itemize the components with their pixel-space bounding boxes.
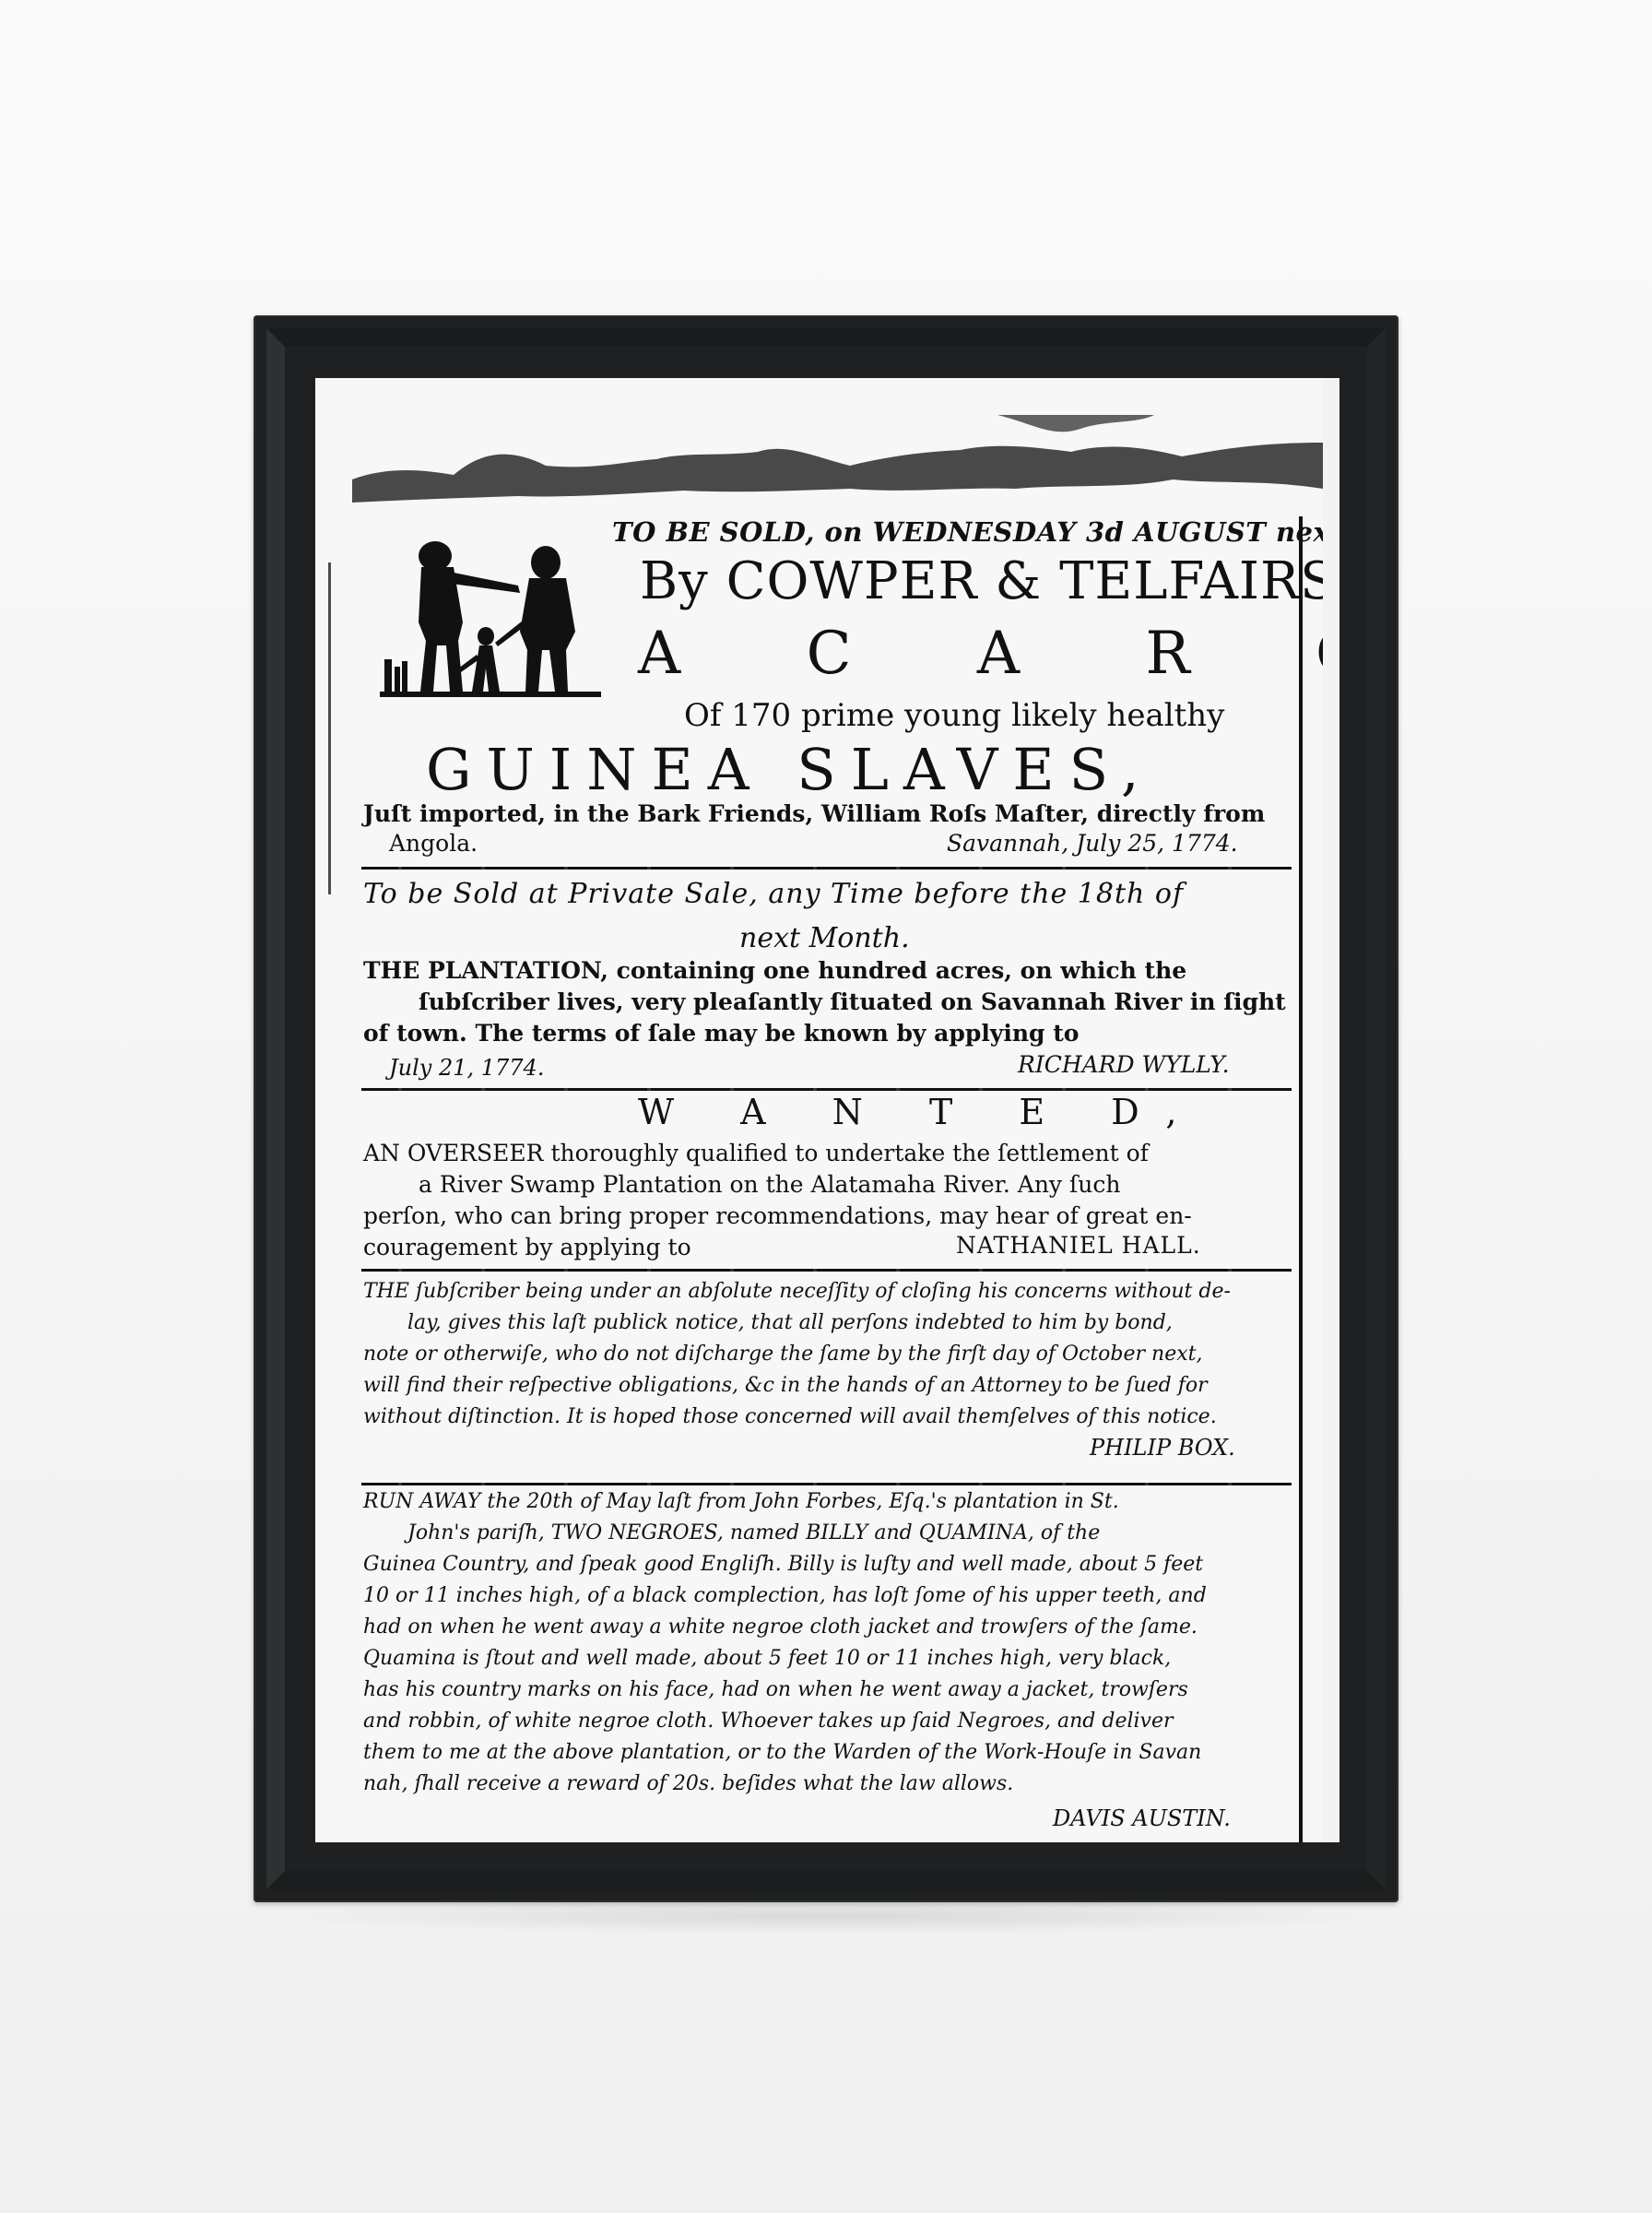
sale-seller: By COWPER & TELFAIRS, — [640, 551, 1323, 611]
sale-import-line: Juſt imported, in the Bark Friends, Will… — [363, 800, 1265, 827]
runaway-line10: nah, ſhall receive a reward of 20s. beſi… — [363, 1772, 1013, 1795]
plantation-line3: of town. The terms of ſale may be known … — [363, 1020, 1079, 1047]
plantation-signature: RICHARD WYLLY. — [1018, 1051, 1230, 1078]
plantation-heading-line2: next Month. — [739, 922, 910, 954]
notice-line5: without diſtinction. It is hoped those c… — [363, 1405, 1217, 1428]
runaway-line1: RUN AWAY the 20th of May laſt from John … — [363, 1490, 1119, 1513]
runaway-line6: Quamina is ſtout and well made, about 5 … — [363, 1647, 1171, 1670]
runaway-line9: them to me at the above plantation, or t… — [363, 1741, 1201, 1764]
runaway-line3: Guinea Country, and ſpeak good Engliſh. … — [363, 1553, 1203, 1576]
woodcut-figures-icon — [371, 521, 601, 705]
runaway-signature: DAVIS AUSTIN. — [1053, 1805, 1231, 1831]
notice-line1: THE ſubſcriber being under an abſolute n… — [363, 1280, 1231, 1303]
column-rule-right — [1299, 516, 1303, 1842]
framed-print: TO BE SOLD, on WEDNESDAY 3d AUGUST next.… — [315, 378, 1339, 1842]
wanted-line4: couragement by applying to — [363, 1234, 691, 1260]
wanted-heading: W A N T E D, — [638, 1092, 1204, 1132]
wanted-line2: a River Swamp Plantation on the Alatamah… — [419, 1171, 1120, 1198]
sale-heading: TO BE SOLD, on WEDNESDAY 3d AUGUST next. — [612, 516, 1323, 548]
column-rule-left — [328, 562, 331, 894]
plantation-heading-line1: To be Sold at Private Sale, any Time bef… — [363, 878, 1184, 910]
plantation-line1: THE PLANTATION, containing one hundred a… — [363, 957, 1186, 984]
sale-subject: GUINEA SLAVES, — [426, 736, 1154, 803]
runaway-line5: had on when he went away a white negroe … — [363, 1615, 1198, 1639]
sale-dateline: Savannah, July 25, 1774. — [947, 830, 1238, 857]
runaway-line2: John's pariſh, TWO NEGROES, named BILLY … — [407, 1521, 1100, 1544]
sale-cargo: A C A R G O — [638, 620, 1323, 688]
runaway-line8: and robbin, of white negroe cloth. Whoev… — [363, 1710, 1174, 1733]
divider — [361, 1088, 1292, 1091]
plantation-line2: ſubſcriber lives, very pleaſantly ſituat… — [419, 988, 1286, 1015]
divider — [361, 1483, 1292, 1485]
frame-shadow — [258, 1898, 1401, 1935]
sale-origin: Angola. — [389, 830, 478, 857]
notice-line2: lay, gives this laſt publick notice, tha… — [407, 1311, 1173, 1334]
wanted-signature: NATHANIEL HALL. — [956, 1232, 1201, 1259]
newspaper-page: TO BE SOLD, on WEDNESDAY 3d AUGUST next.… — [315, 378, 1323, 1842]
notice-signature: PHILIP BOX. — [1090, 1435, 1235, 1461]
torn-edge-smudge — [352, 415, 1323, 507]
divider — [361, 867, 1292, 870]
notice-line4: will find their reſpective obligations, … — [363, 1374, 1208, 1397]
runaway-line7: has his country marks on his face, had o… — [363, 1678, 1188, 1701]
wanted-line3: perſon, who can bring proper recommendat… — [363, 1202, 1192, 1229]
divider — [361, 1269, 1292, 1272]
sale-count-line: Of 170 prime young likely healthy — [684, 697, 1224, 734]
wanted-line1: AN OVERSEER thoroughly qualified to unde… — [363, 1140, 1149, 1166]
notice-line3: note or otherwiſe, who do not diſcharge … — [363, 1343, 1202, 1366]
runaway-line4: 10 or 11 inches high, of a black complec… — [363, 1584, 1207, 1607]
plantation-date: July 21, 1774. — [389, 1055, 544, 1081]
